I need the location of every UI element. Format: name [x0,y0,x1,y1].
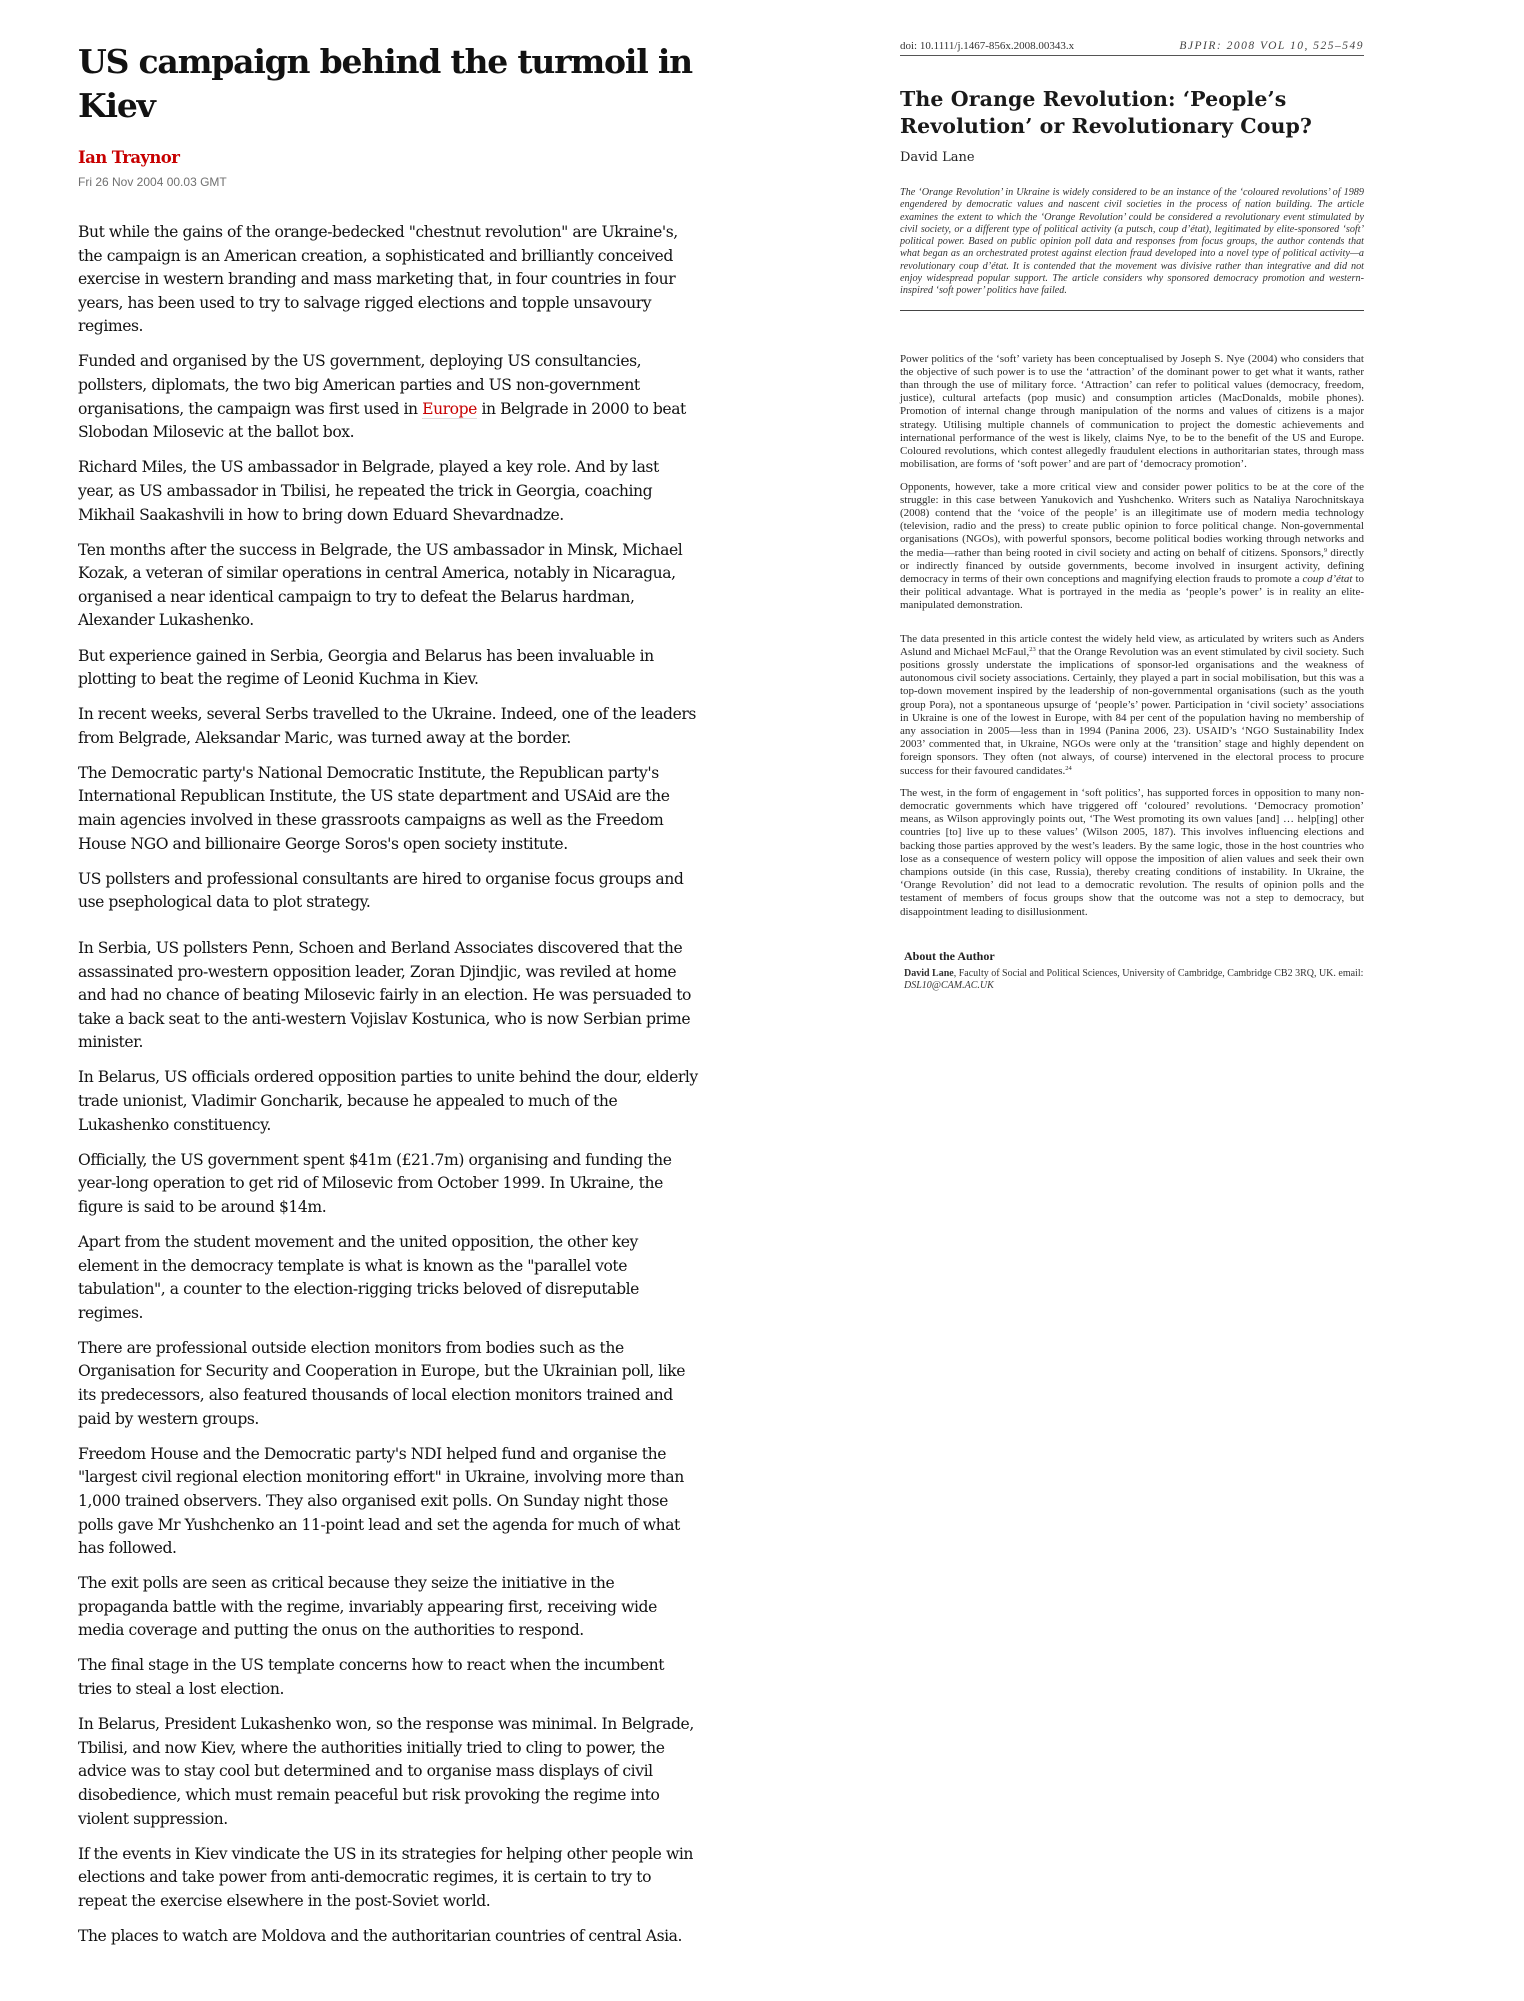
footnote-ref[interactable]: 24 [1065,765,1072,772]
paragraph: The final stage in the US template conce… [78,1654,698,1701]
journal-header: doi: 10.1111/j.1467-856x.2008.00343.x BJ… [900,40,1364,56]
europe-link[interactable]: Europe [422,400,477,419]
news-article: US campaign behind the turmoil in Kiev I… [78,40,698,1960]
paragraph: If the events in Kiev vindicate the US i… [78,1843,698,1914]
paragraph: Richard Miles, the US ambassador in Belg… [78,456,698,527]
paragraph: But experience gained in Serbia, Georgia… [78,645,698,692]
headline: US campaign behind the turmoil in Kiev [78,40,698,128]
paragraph: Ten months after the success in Belgrade… [78,539,698,633]
paper-paragraph: The data presented in this article conte… [900,633,1364,778]
paragraph: Freedom House and the Democratic party's… [78,1443,698,1561]
publish-date: Fri 26 Nov 2004 00.03 GMT [78,175,698,189]
journal-page: doi: 10.1111/j.1467-856x.2008.00343.x BJ… [900,40,1364,992]
paragraph: There are professional outside election … [78,1337,698,1431]
author-email[interactable]: DSL10@CAM.AC.UK [904,980,994,991]
paragraph: In Belarus, President Lukashenko won, so… [78,1713,698,1831]
paragraph: The Democratic party's National Democrat… [78,762,698,856]
paper-author: David Lane [900,150,1364,165]
paragraph: In recent weeks, several Serbs travelled… [78,703,698,750]
paper-title: The Orange Revolution: ‘People’s Revolut… [900,86,1364,140]
paragraph: Apart from the student movement and the … [78,1231,698,1325]
paper-body: Power politics of the ‘soft’ variety has… [900,353,1364,919]
paragraph: The places to watch are Moldova and the … [78,1925,698,1949]
paragraph: In Serbia, US pollsters Penn, Schoen and… [78,937,698,1055]
about-author-heading: About the Author [904,949,1364,964]
paragraph: The exit polls are seen as critical beca… [78,1572,698,1643]
paper-paragraph: Opponents, however, take a more critical… [900,481,1364,613]
journal-citation: BJPIR: 2008 VOL 10, 525–549 [1179,40,1364,52]
paper-paragraph: The west, in the form of engagement in ‘… [900,787,1364,919]
author-byline-link[interactable]: Ian Traynor [78,148,698,167]
paragraph: US pollsters and professional consultant… [78,868,698,915]
abstract: The ‘Orange Revolution’ in Ukraine is wi… [900,187,1364,311]
paragraph: In Belarus, US officials ordered opposit… [78,1066,698,1137]
about-author-text: David Lane, Faculty of Social and Politi… [904,968,1364,992]
paper-paragraph: Power politics of the ‘soft’ variety has… [900,353,1364,472]
paragraph: But while the gains of the orange-bedeck… [78,221,698,339]
paragraph: Officially, the US government spent $41m… [78,1149,698,1220]
doi: doi: 10.1111/j.1467-856x.2008.00343.x [900,40,1074,52]
paragraph: Funded and organised by the US governmen… [78,350,698,444]
